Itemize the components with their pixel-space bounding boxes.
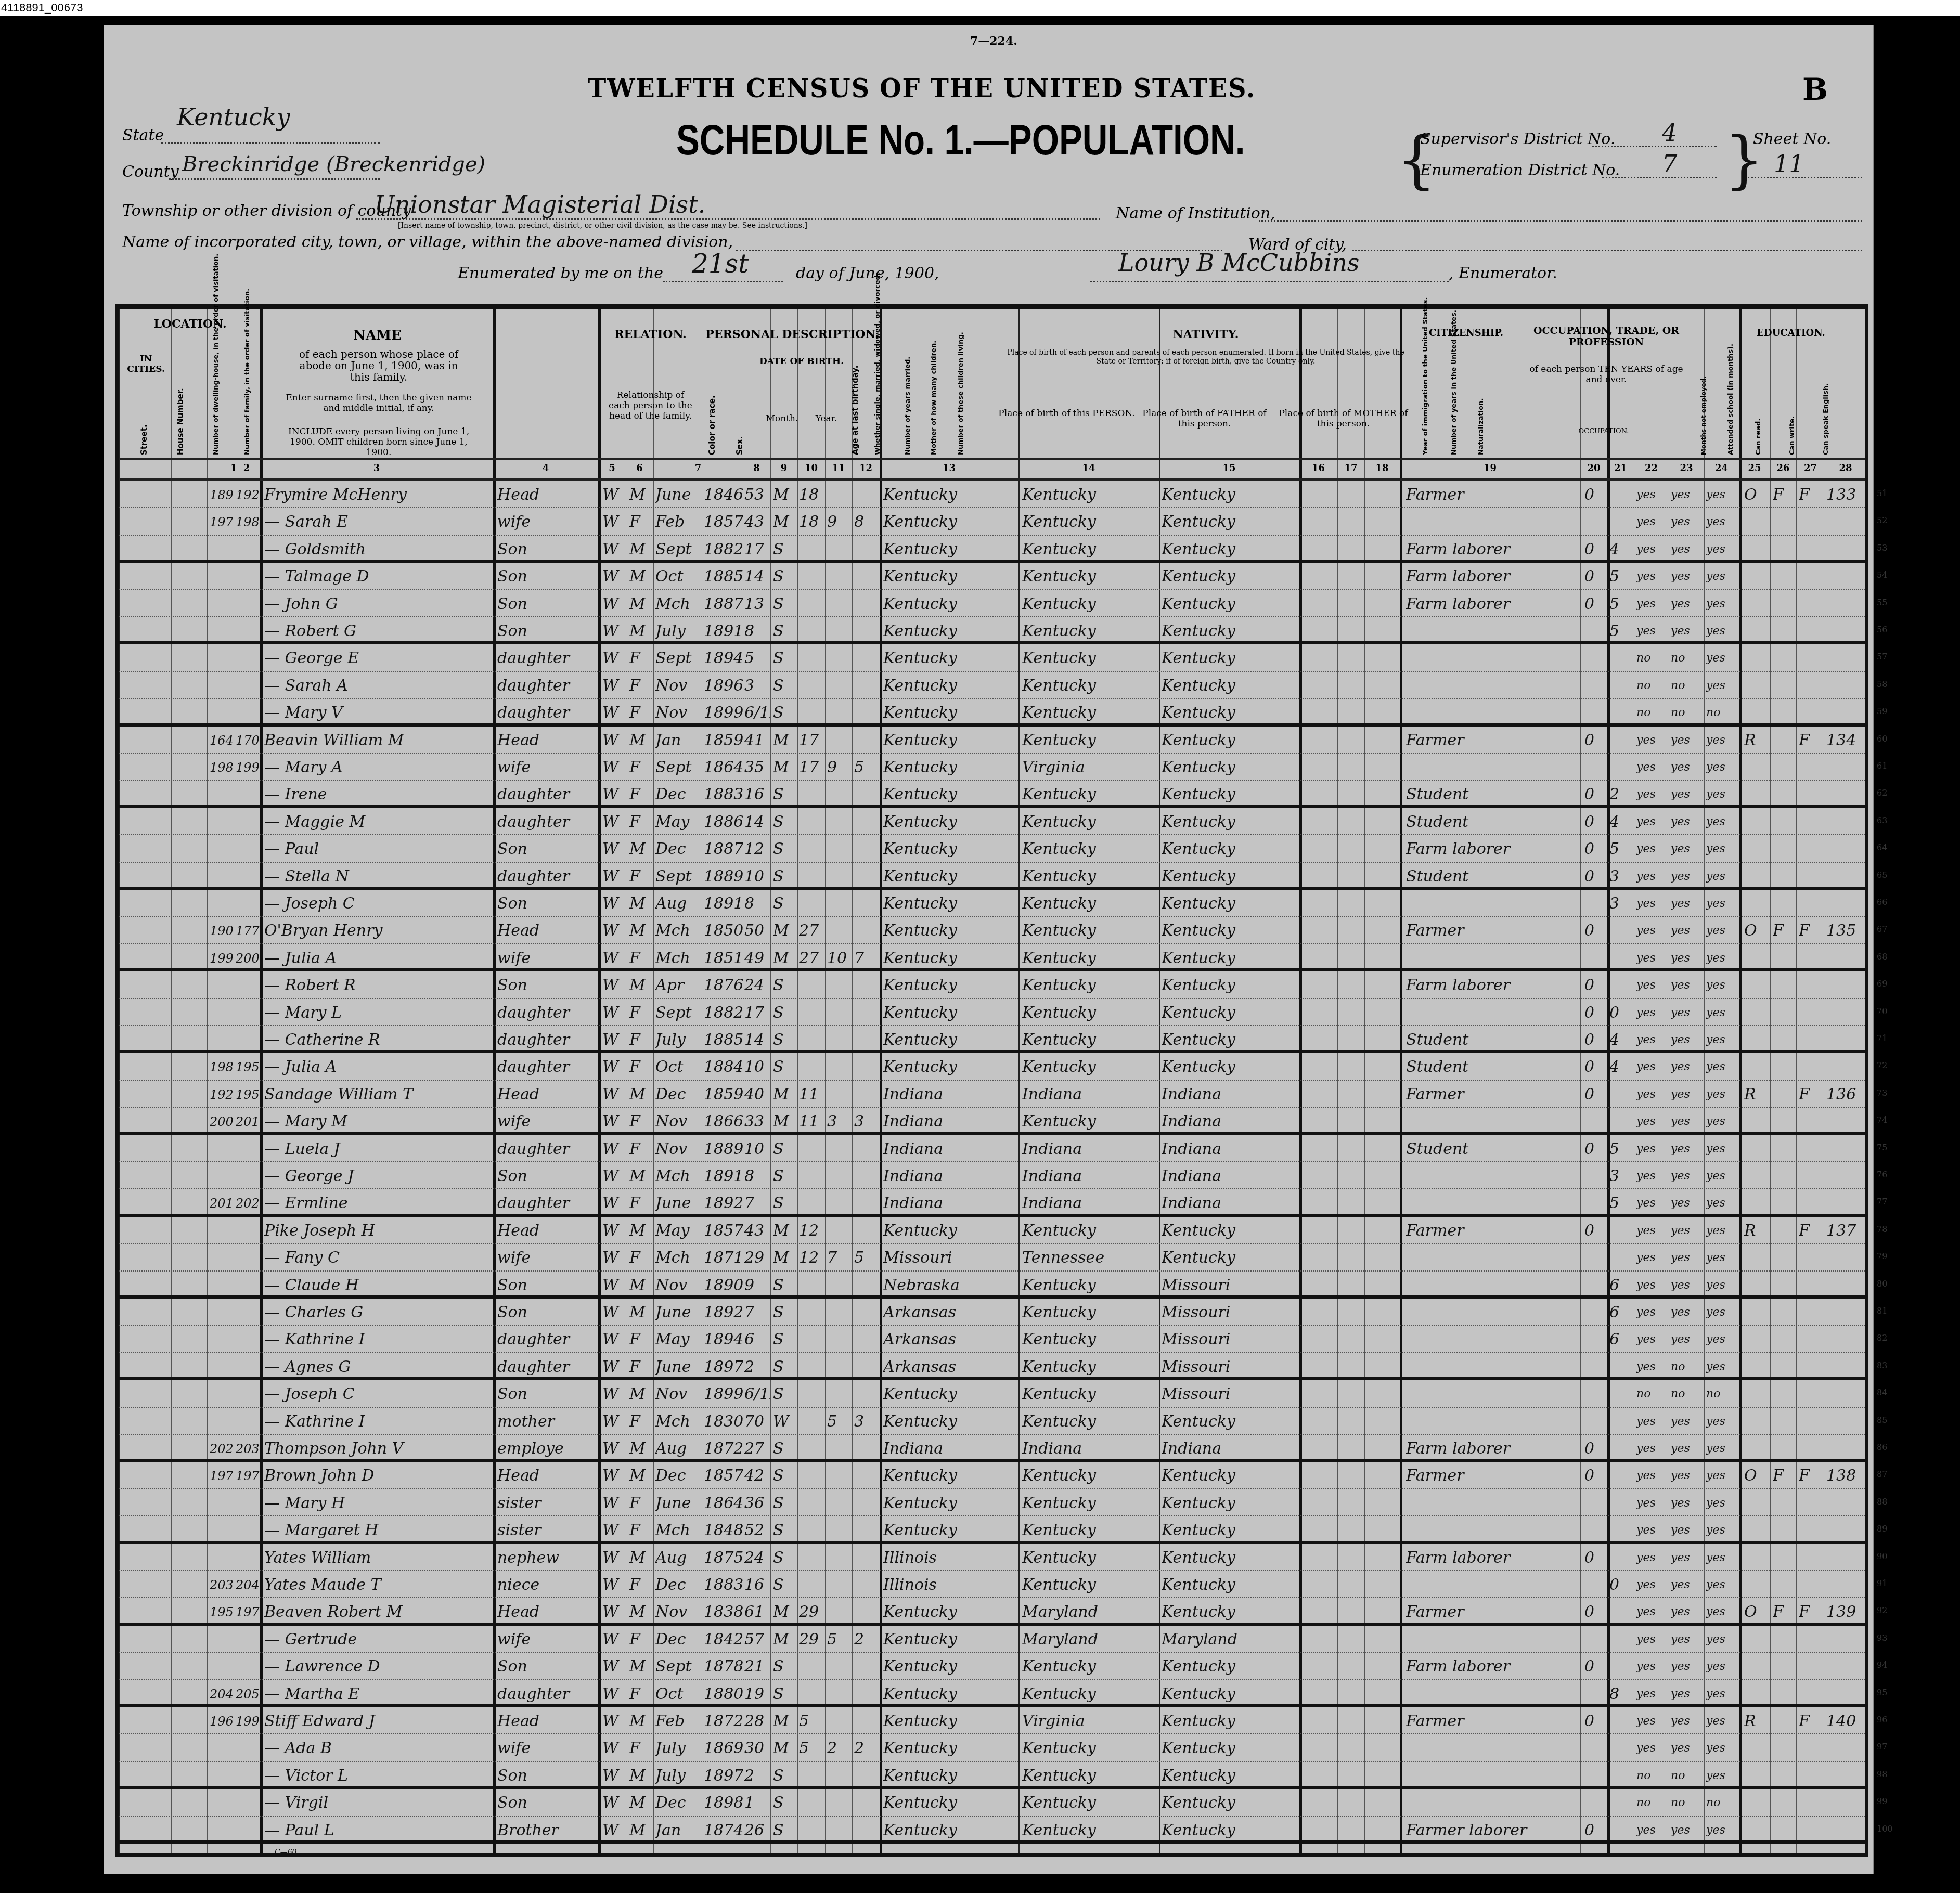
relation-cell[interactable]: niece (497, 1573, 596, 1597)
birthplace-person-cell[interactable]: Kentucky (883, 483, 1016, 507)
owned-or-rented-cell[interactable] (1744, 892, 1768, 916)
family-number-cell[interactable] (236, 1519, 260, 1542)
farm-or-house-cell[interactable]: F (1799, 729, 1822, 753)
dwelling-number-cell[interactable]: 204 (210, 1682, 233, 1706)
mother-of-cell[interactable] (827, 783, 850, 807)
can-read-cell[interactable]: yes (1636, 1546, 1668, 1570)
birthplace-person-cell[interactable]: Kentucky (883, 510, 1016, 534)
color-cell[interactable]: W (602, 1519, 623, 1542)
person-name-cell[interactable]: Pike Joseph H (264, 1219, 491, 1243)
occupation-cell[interactable]: Student (1406, 810, 1578, 834)
can-speak-english-cell[interactable]: yes (1706, 592, 1737, 616)
family-number-cell[interactable]: 198 (236, 510, 260, 534)
farm-or-house-cell[interactable] (1799, 1819, 1822, 1843)
birthplace-mother-cell[interactable]: Kentucky (1162, 1600, 1297, 1624)
family-number-cell[interactable] (236, 565, 260, 589)
sex-cell[interactable]: M (629, 1437, 650, 1461)
can-write-cell[interactable]: yes (1671, 1709, 1702, 1733)
birth-month-cell[interactable]: Nov (655, 1110, 702, 1134)
marital-status-cell[interactable]: S (773, 1164, 796, 1188)
color-cell[interactable]: W (602, 1219, 623, 1243)
birthplace-father-cell[interactable]: Maryland (1022, 1628, 1157, 1652)
years-married-cell[interactable] (799, 1001, 824, 1025)
birthplace-mother-cell[interactable]: Maryland (1162, 1628, 1297, 1652)
birthplace-person-cell[interactable]: Kentucky (883, 1655, 1016, 1679)
years-married-cell[interactable]: 18 (799, 483, 824, 507)
birthplace-person-cell[interactable]: Kentucky (883, 1628, 1016, 1652)
birth-month-cell[interactable]: Mch (655, 1246, 702, 1270)
birthplace-person-cell[interactable]: Kentucky (883, 892, 1016, 916)
owned-free-or-mortgaged-cell[interactable] (1773, 974, 1794, 997)
birthplace-father-cell[interactable]: Kentucky (1022, 1410, 1157, 1434)
family-number-cell[interactable] (236, 1382, 260, 1406)
birthplace-person-cell[interactable]: Arkansas (883, 1355, 1016, 1379)
farm-or-house-cell[interactable] (1799, 1137, 1822, 1161)
owned-or-rented-cell[interactable] (1744, 1764, 1768, 1788)
occupation-cell[interactable]: Farmer (1406, 1709, 1578, 1733)
dwelling-number-cell[interactable] (210, 1492, 233, 1515)
person-name-cell[interactable]: — Martha E (264, 1682, 491, 1706)
months-unemployed-cell[interactable] (1584, 1274, 1605, 1298)
age-cell[interactable]: 29 (744, 1246, 770, 1270)
person-name-cell[interactable]: Brown John D (264, 1464, 491, 1488)
occupation-cell[interactable] (1406, 1001, 1578, 1025)
owned-free-or-mortgaged-cell[interactable] (1773, 1519, 1794, 1542)
birth-year-cell[interactable]: 1884 (704, 1055, 743, 1079)
mother-of-cell[interactable] (827, 892, 850, 916)
person-name-cell[interactable]: — Margaret H (264, 1519, 491, 1542)
children-living-cell[interactable] (854, 729, 878, 753)
dwelling-number-cell[interactable] (210, 1736, 233, 1760)
occupation-cell[interactable]: Farm laborer (1406, 1437, 1578, 1461)
marital-status-cell[interactable]: S (773, 1355, 796, 1379)
relation-cell[interactable]: daughter (497, 1191, 596, 1215)
birthplace-mother-cell[interactable]: Kentucky (1162, 1791, 1297, 1815)
enumerator-name[interactable]: Loury B McCubbins (1118, 249, 1359, 277)
can-read-cell[interactable]: yes (1636, 1001, 1668, 1025)
family-number-cell[interactable] (236, 1328, 260, 1352)
farm-schedule-number-cell[interactable] (1826, 674, 1865, 698)
relation-cell[interactable]: Son (497, 538, 596, 562)
farm-or-house-cell[interactable] (1799, 837, 1822, 861)
months-unemployed-cell[interactable] (1584, 1682, 1605, 1706)
person-name-cell[interactable]: — Lawrence D (264, 1655, 491, 1679)
can-write-cell[interactable]: yes (1671, 565, 1702, 589)
birthplace-mother-cell[interactable]: Missouri (1162, 1301, 1297, 1325)
age-cell[interactable]: 21 (744, 1655, 770, 1679)
farm-schedule-number-cell[interactable] (1826, 1164, 1865, 1188)
can-write-cell[interactable]: yes (1671, 783, 1702, 807)
birthplace-father-cell[interactable]: Kentucky (1022, 674, 1157, 698)
occupation-cell[interactable] (1406, 1328, 1578, 1352)
attended-school-cell[interactable] (1609, 646, 1633, 670)
can-speak-english-cell[interactable]: yes (1706, 729, 1737, 753)
person-name-cell[interactable]: — Sarah A (264, 674, 491, 698)
relation-cell[interactable]: Son (497, 1301, 596, 1325)
dwelling-number-cell[interactable]: 200 (210, 1110, 233, 1134)
can-read-cell[interactable]: yes (1636, 538, 1668, 562)
farm-schedule-number-cell[interactable] (1826, 783, 1865, 807)
relation-cell[interactable]: sister (497, 1519, 596, 1542)
sex-cell[interactable]: M (629, 1382, 650, 1406)
farm-schedule-number-cell[interactable] (1826, 1001, 1865, 1025)
can-write-cell[interactable]: yes (1671, 1819, 1702, 1843)
age-cell[interactable]: 43 (744, 1219, 770, 1243)
birth-year-cell[interactable]: 1857 (704, 1464, 743, 1488)
birthplace-father-cell[interactable]: Kentucky (1022, 1001, 1157, 1025)
person-name-cell[interactable]: — Mary L (264, 1001, 491, 1025)
can-speak-english-cell[interactable]: yes (1706, 510, 1737, 534)
can-write-cell[interactable]: yes (1671, 1682, 1702, 1706)
years-married-cell[interactable]: 11 (799, 1083, 824, 1107)
dwelling-number-cell[interactable] (210, 837, 233, 861)
occupation-cell[interactable]: Farmer laborer (1406, 1819, 1578, 1843)
months-unemployed-cell[interactable] (1584, 1191, 1605, 1215)
person-name-cell[interactable]: — Irene (264, 783, 491, 807)
can-speak-english-cell[interactable]: yes (1706, 538, 1737, 562)
marital-status-cell[interactable]: M (773, 947, 796, 970)
age-cell[interactable]: 10 (744, 1137, 770, 1161)
family-number-cell[interactable]: 192 (236, 483, 260, 507)
dwelling-number-cell[interactable] (210, 1355, 233, 1379)
can-read-cell[interactable]: no (1636, 646, 1668, 670)
months-unemployed-cell[interactable] (1584, 1573, 1605, 1597)
owned-free-or-mortgaged-cell[interactable] (1773, 1682, 1794, 1706)
dwelling-number-cell[interactable]: 195 (210, 1600, 233, 1624)
farm-schedule-number-cell[interactable] (1826, 1137, 1865, 1161)
can-write-cell[interactable]: yes (1671, 592, 1702, 616)
birthplace-father-cell[interactable]: Kentucky (1022, 947, 1157, 970)
months-unemployed-cell[interactable]: 0 (1584, 1001, 1605, 1025)
birth-year-cell[interactable]: 1857 (704, 1219, 743, 1243)
farm-schedule-number-cell[interactable] (1826, 1546, 1865, 1570)
birthplace-mother-cell[interactable]: Kentucky (1162, 510, 1297, 534)
years-married-cell[interactable]: 17 (799, 756, 824, 780)
can-speak-english-cell[interactable]: yes (1706, 619, 1737, 643)
color-cell[interactable]: W (602, 1028, 623, 1052)
mother-of-cell[interactable] (827, 1028, 850, 1052)
months-unemployed-cell[interactable]: 0 (1584, 538, 1605, 562)
farm-schedule-number-cell[interactable] (1826, 810, 1865, 834)
color-cell[interactable]: W (602, 1055, 623, 1079)
owned-free-or-mortgaged-cell[interactable] (1773, 756, 1794, 780)
relation-cell[interactable]: Head (497, 1083, 596, 1107)
marital-status-cell[interactable]: S (773, 1492, 796, 1515)
occupation-cell[interactable]: Student (1406, 1137, 1578, 1161)
occupation-cell[interactable]: Farmer (1406, 483, 1578, 507)
months-unemployed-cell[interactable] (1584, 1328, 1605, 1352)
birthplace-mother-cell[interactable]: Kentucky (1162, 619, 1297, 643)
owned-free-or-mortgaged-cell[interactable] (1773, 646, 1794, 670)
can-read-cell[interactable]: yes (1636, 1819, 1668, 1843)
sex-cell[interactable]: F (629, 1055, 650, 1079)
color-cell[interactable]: W (602, 1682, 623, 1706)
birthplace-father-cell[interactable]: Kentucky (1022, 646, 1157, 670)
marital-status-cell[interactable]: W (773, 1410, 796, 1434)
months-unemployed-cell[interactable]: 0 (1584, 783, 1605, 807)
can-write-cell[interactable]: yes (1671, 810, 1702, 834)
mother-of-cell[interactable] (827, 701, 850, 725)
farm-or-house-cell[interactable] (1799, 892, 1822, 916)
months-unemployed-cell[interactable] (1584, 1628, 1605, 1652)
mother-of-cell[interactable] (827, 974, 850, 997)
years-married-cell[interactable]: 18 (799, 510, 824, 534)
sheet-number[interactable]: 11 (1774, 150, 1804, 178)
color-cell[interactable]: W (602, 1628, 623, 1652)
age-cell[interactable]: 6/12 (744, 701, 770, 725)
relation-cell[interactable]: daughter (497, 701, 596, 725)
marital-status-cell[interactable]: S (773, 1819, 796, 1843)
farm-or-house-cell[interactable] (1799, 1791, 1822, 1815)
can-write-cell[interactable]: no (1671, 1382, 1702, 1406)
can-speak-english-cell[interactable]: yes (1706, 1110, 1737, 1134)
birth-month-cell[interactable]: Nov (655, 674, 702, 698)
sex-cell[interactable]: F (629, 1328, 650, 1352)
attended-school-cell[interactable]: 4 (1609, 810, 1633, 834)
sex-cell[interactable]: F (629, 1519, 650, 1542)
attended-school-cell[interactable]: 5 (1609, 619, 1633, 643)
relation-cell[interactable]: Son (497, 1791, 596, 1815)
birthplace-person-cell[interactable]: Kentucky (883, 783, 1016, 807)
can-write-cell[interactable]: yes (1671, 1328, 1702, 1352)
age-cell[interactable]: 2 (744, 1764, 770, 1788)
mother-of-cell[interactable]: 9 (827, 756, 850, 780)
owned-free-or-mortgaged-cell[interactable] (1773, 1028, 1794, 1052)
family-number-cell[interactable]: 177 (236, 919, 260, 943)
months-unemployed-cell[interactable] (1584, 1736, 1605, 1760)
dwelling-number-cell[interactable] (210, 1519, 233, 1542)
birthplace-person-cell[interactable]: Arkansas (883, 1301, 1016, 1325)
family-number-cell[interactable]: 202 (236, 1191, 260, 1215)
can-write-cell[interactable]: yes (1671, 483, 1702, 507)
attended-school-cell[interactable] (1609, 1219, 1633, 1243)
birth-month-cell[interactable]: Dec (655, 1791, 702, 1815)
can-write-cell[interactable]: yes (1671, 1246, 1702, 1270)
farm-or-house-cell[interactable] (1799, 1492, 1822, 1515)
farm-or-house-cell[interactable] (1799, 1328, 1822, 1352)
children-living-cell[interactable] (854, 1055, 878, 1079)
occupation-cell[interactable]: Student (1406, 1028, 1578, 1052)
attended-school-cell[interactable]: 3 (1609, 865, 1633, 889)
farm-schedule-number-cell[interactable]: 139 (1826, 1600, 1865, 1624)
birth-year-cell[interactable]: 1899 (704, 1382, 743, 1406)
months-unemployed-cell[interactable]: 0 (1584, 1437, 1605, 1461)
birth-year-cell[interactable]: 1874 (704, 1819, 743, 1843)
occupation-cell[interactable] (1406, 1246, 1578, 1270)
owned-or-rented-cell[interactable] (1744, 1573, 1768, 1597)
dwelling-number-cell[interactable] (210, 1382, 233, 1406)
birth-month-cell[interactable]: Nov (655, 1382, 702, 1406)
months-unemployed-cell[interactable] (1584, 1246, 1605, 1270)
attended-school-cell[interactable]: 5 (1609, 1137, 1633, 1161)
children-living-cell[interactable] (854, 1083, 878, 1107)
person-name-cell[interactable]: — Ermline (264, 1191, 491, 1215)
children-living-cell[interactable] (854, 1519, 878, 1542)
marital-status-cell[interactable]: S (773, 1137, 796, 1161)
marital-status-cell[interactable]: M (773, 1709, 796, 1733)
occupation-cell[interactable]: Farmer (1406, 919, 1578, 943)
relation-cell[interactable]: employe (497, 1437, 596, 1461)
sex-cell[interactable]: M (629, 1819, 650, 1843)
farm-or-house-cell[interactable] (1799, 947, 1822, 970)
relation-cell[interactable]: Head (497, 483, 596, 507)
dwelling-number-cell[interactable] (210, 592, 233, 616)
occupation-cell[interactable]: Student (1406, 1055, 1578, 1079)
mother-of-cell[interactable]: 5 (827, 1628, 850, 1652)
owned-free-or-mortgaged-cell[interactable] (1773, 1819, 1794, 1843)
dwelling-number-cell[interactable] (210, 1819, 233, 1843)
birth-month-cell[interactable]: Aug (655, 1546, 702, 1570)
birth-month-cell[interactable]: Apr (655, 974, 702, 997)
mother-of-cell[interactable] (827, 1328, 850, 1352)
person-name-cell[interactable]: — Fany C (264, 1246, 491, 1270)
dwelling-number-cell[interactable] (210, 1328, 233, 1352)
mother-of-cell[interactable]: 2 (827, 1736, 850, 1760)
person-name-cell[interactable]: — Sarah E (264, 510, 491, 534)
can-write-cell[interactable]: yes (1671, 1492, 1702, 1515)
color-cell[interactable]: W (602, 1246, 623, 1270)
birthplace-mother-cell[interactable]: Kentucky (1162, 565, 1297, 589)
months-unemployed-cell[interactable]: 0 (1584, 1219, 1605, 1243)
family-number-cell[interactable] (236, 1246, 260, 1270)
birth-year-cell[interactable]: 1838 (704, 1600, 743, 1624)
attended-school-cell[interactable]: 3 (1609, 1164, 1633, 1188)
birthplace-person-cell[interactable]: Illinois (883, 1546, 1016, 1570)
can-speak-english-cell[interactable]: yes (1706, 1628, 1737, 1652)
birthplace-mother-cell[interactable]: Kentucky (1162, 1246, 1297, 1270)
birthplace-father-cell[interactable]: Kentucky (1022, 592, 1157, 616)
mother-of-cell[interactable] (827, 646, 850, 670)
can-read-cell[interactable]: yes (1636, 1464, 1668, 1488)
color-cell[interactable]: W (602, 1301, 623, 1325)
marital-status-cell[interactable]: S (773, 1191, 796, 1215)
age-cell[interactable]: 12 (744, 837, 770, 861)
occupation-cell[interactable]: Farm laborer (1406, 837, 1578, 861)
family-number-cell[interactable] (236, 538, 260, 562)
sex-cell[interactable]: M (629, 1083, 650, 1107)
person-name-cell[interactable]: — Luela J (264, 1137, 491, 1161)
sex-cell[interactable]: M (629, 1219, 650, 1243)
can-read-cell[interactable]: yes (1636, 510, 1668, 534)
birthplace-person-cell[interactable]: Indiana (883, 1437, 1016, 1461)
children-living-cell[interactable] (854, 1437, 878, 1461)
can-read-cell[interactable]: yes (1636, 947, 1668, 970)
mother-of-cell[interactable] (827, 1600, 850, 1624)
children-living-cell[interactable] (854, 865, 878, 889)
birth-month-cell[interactable]: July (655, 619, 702, 643)
sex-cell[interactable]: F (629, 1573, 650, 1597)
owned-or-rented-cell[interactable] (1744, 1164, 1768, 1188)
owned-or-rented-cell[interactable] (1744, 1110, 1768, 1134)
person-name-cell[interactable]: — Joseph C (264, 1382, 491, 1406)
farm-or-house-cell[interactable] (1799, 1191, 1822, 1215)
relation-cell[interactable]: Son (497, 837, 596, 861)
farm-schedule-number-cell[interactable] (1826, 1492, 1865, 1515)
can-read-cell[interactable]: yes (1636, 1437, 1668, 1461)
person-name-cell[interactable]: — Victor L (264, 1764, 491, 1788)
months-unemployed-cell[interactable] (1584, 1110, 1605, 1134)
sex-cell[interactable]: M (629, 729, 650, 753)
marital-status-cell[interactable]: S (773, 1437, 796, 1461)
family-number-cell[interactable] (236, 1736, 260, 1760)
years-married-cell[interactable] (799, 865, 824, 889)
owned-free-or-mortgaged-cell[interactable] (1773, 1410, 1794, 1434)
birthplace-father-cell[interactable]: Kentucky (1022, 729, 1157, 753)
color-cell[interactable]: W (602, 1600, 623, 1624)
birthplace-mother-cell[interactable]: Kentucky (1162, 810, 1297, 834)
months-unemployed-cell[interactable]: 0 (1584, 1464, 1605, 1488)
years-married-cell[interactable] (799, 1464, 824, 1488)
family-number-cell[interactable] (236, 1137, 260, 1161)
birth-month-cell[interactable]: Dec (655, 1628, 702, 1652)
birthplace-father-cell[interactable]: Indiana (1022, 1083, 1157, 1107)
birth-year-cell[interactable]: 1891 (704, 892, 743, 916)
mother-of-cell[interactable] (827, 1437, 850, 1461)
occupation-cell[interactable]: Farmer (1406, 1600, 1578, 1624)
birthplace-father-cell[interactable]: Kentucky (1022, 1519, 1157, 1542)
can-write-cell[interactable]: yes (1671, 1164, 1702, 1188)
owned-or-rented-cell[interactable] (1744, 1301, 1768, 1325)
birthplace-mother-cell[interactable]: Kentucky (1162, 1219, 1297, 1243)
relation-cell[interactable]: daughter (497, 1028, 596, 1052)
owned-free-or-mortgaged-cell[interactable]: F (1773, 1600, 1794, 1624)
farm-schedule-number-cell[interactable] (1826, 1655, 1865, 1679)
mother-of-cell[interactable] (827, 1519, 850, 1542)
sex-cell[interactable]: M (629, 1301, 650, 1325)
age-cell[interactable]: 3 (744, 674, 770, 698)
children-living-cell[interactable] (854, 1819, 878, 1843)
years-married-cell[interactable] (799, 1492, 824, 1515)
attended-school-cell[interactable] (1609, 1709, 1633, 1733)
birth-month-cell[interactable]: Aug (655, 1437, 702, 1461)
attended-school-cell[interactable] (1609, 674, 1633, 698)
birthplace-person-cell[interactable]: Kentucky (883, 810, 1016, 834)
years-married-cell[interactable] (799, 1819, 824, 1843)
marital-status-cell[interactable]: M (773, 1083, 796, 1107)
dwelling-number-cell[interactable]: 190 (210, 919, 233, 943)
family-number-cell[interactable] (236, 1819, 260, 1843)
owned-free-or-mortgaged-cell[interactable]: F (1773, 919, 1794, 943)
supervisor-district[interactable]: 4 (1662, 119, 1677, 147)
birthplace-mother-cell[interactable]: Kentucky (1162, 1546, 1297, 1570)
farm-schedule-number-cell[interactable] (1826, 974, 1865, 997)
age-cell[interactable]: 19 (744, 1682, 770, 1706)
months-unemployed-cell[interactable] (1584, 1301, 1605, 1325)
color-cell[interactable]: W (602, 592, 623, 616)
years-married-cell[interactable] (799, 810, 824, 834)
relation-cell[interactable]: daughter (497, 1055, 596, 1079)
years-married-cell[interactable] (799, 1328, 824, 1352)
children-living-cell[interactable]: 3 (854, 1410, 878, 1434)
can-write-cell[interactable]: yes (1671, 619, 1702, 643)
months-unemployed-cell[interactable]: 0 (1584, 1083, 1605, 1107)
birthplace-mother-cell[interactable]: Indiana (1162, 1110, 1297, 1134)
family-number-cell[interactable]: 204 (236, 1573, 260, 1597)
family-number-cell[interactable] (236, 1001, 260, 1025)
mother-of-cell[interactable]: 9 (827, 510, 850, 534)
sex-cell[interactable]: M (629, 1655, 650, 1679)
can-write-cell[interactable]: yes (1671, 1028, 1702, 1052)
owned-free-or-mortgaged-cell[interactable] (1773, 1191, 1794, 1215)
marital-status-cell[interactable]: M (773, 729, 796, 753)
birth-year-cell[interactable]: 1842 (704, 1628, 743, 1652)
birthplace-father-cell[interactable]: Kentucky (1022, 701, 1157, 725)
occupation-cell[interactable]: Farmer (1406, 1219, 1578, 1243)
children-living-cell[interactable] (854, 1600, 878, 1624)
can-speak-english-cell[interactable]: no (1706, 701, 1737, 725)
can-read-cell[interactable]: yes (1636, 783, 1668, 807)
birth-month-cell[interactable]: Sept (655, 756, 702, 780)
